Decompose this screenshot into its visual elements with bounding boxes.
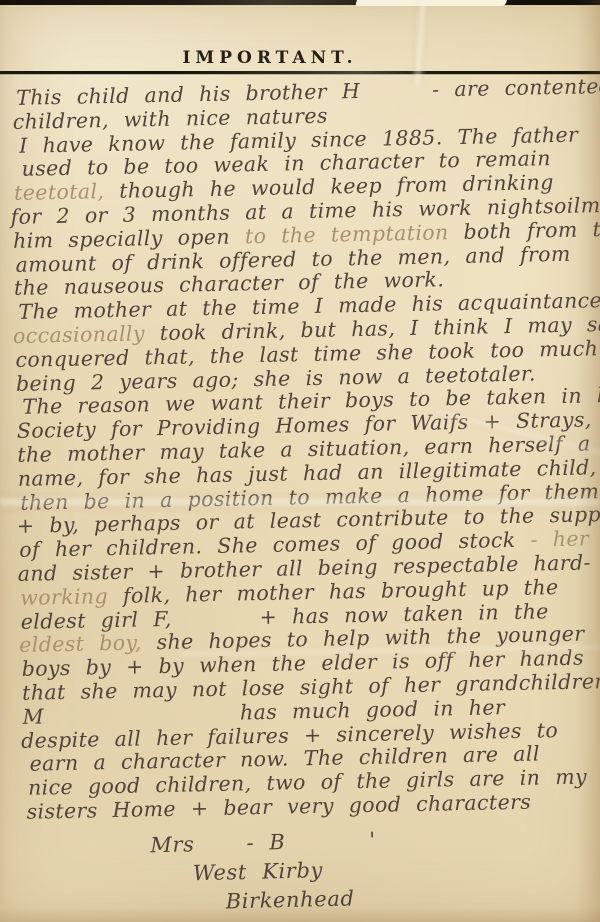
- text-segment: eldest boy,: [19, 631, 142, 657]
- text-segment: ': [369, 828, 376, 852]
- redacted-name-gap: [172, 623, 260, 626]
- text-segment: teetotal,: [14, 179, 105, 205]
- redacted-name-gap: [195, 849, 247, 851]
- redacted-name-gap: [360, 95, 432, 97]
- text-segment: Mrs: [150, 832, 195, 857]
- scanned-letter-page: IMPORTANT. This child and his brother H-…: [0, 0, 600, 922]
- heading-rule: [0, 71, 600, 74]
- paper-top-edge: [0, 0, 600, 5]
- text-segment: - B: [246, 830, 286, 855]
- text-segment: West Kirby: [193, 858, 324, 885]
- redacted-name-gap: [44, 718, 240, 723]
- text-segment: occasionally: [13, 321, 145, 348]
- text-segment: eldest girl F,: [20, 606, 171, 633]
- text-segment: Birkenhead: [225, 886, 354, 913]
- paper-edge-highlight: [355, 0, 507, 6]
- redacted-name-gap: [286, 846, 370, 849]
- text-segment: working: [20, 584, 108, 610]
- handwritten-letter-body: This child and his brother H- are conten…: [8, 74, 600, 824]
- text-segment: both from the: [448, 216, 600, 244]
- signature-block: Mrs- B'West KirbyBirkenhead: [0, 819, 600, 922]
- text-segment: M: [22, 704, 44, 728]
- printed-heading: IMPORTANT.: [0, 48, 570, 68]
- text-segment: - are contented: [432, 74, 600, 102]
- text-segment: - her mother: [530, 525, 600, 552]
